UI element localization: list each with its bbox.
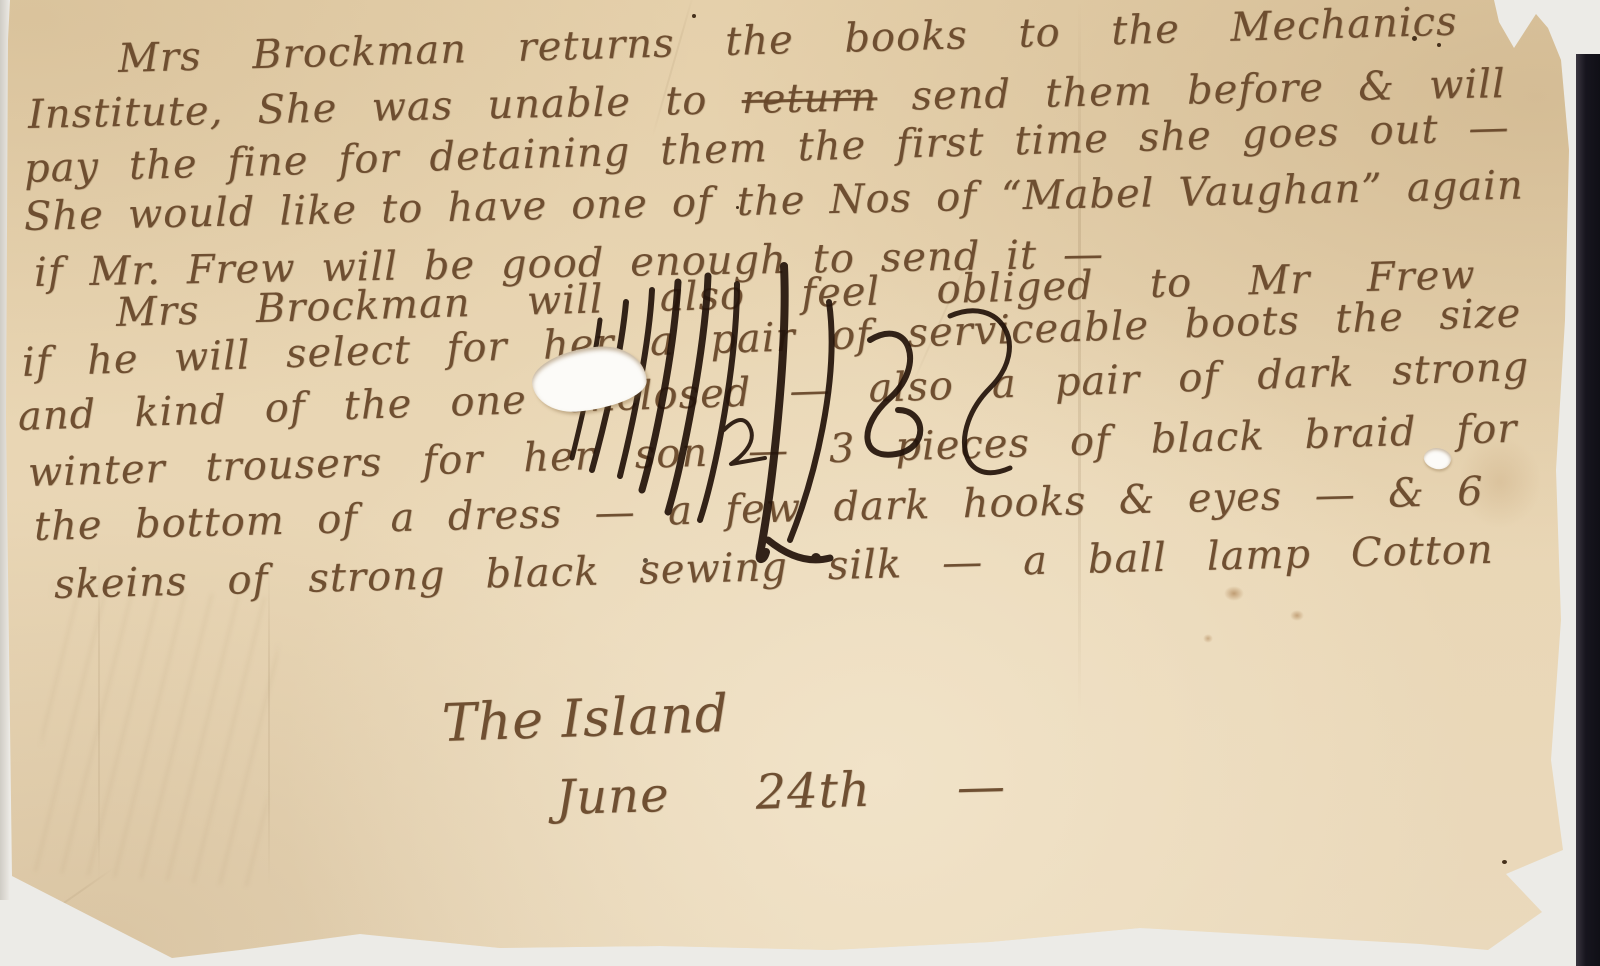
- foxing-stain: [1224, 586, 1244, 601]
- foxing-stain: [1290, 610, 1304, 621]
- scanned-letter: Mrs Brockman returns the books to the Me…: [0, 0, 1600, 966]
- corner-crease: [7, 867, 115, 943]
- foxing-stain: [1203, 634, 1213, 643]
- ink-show-through: [32, 582, 282, 887]
- ink-docket-annotation: [528, 258, 1073, 570]
- ink-speck: [692, 14, 696, 18]
- struck-out-word: return: [741, 74, 877, 123]
- closing-place: The Island: [441, 684, 730, 754]
- closing-date: June 24th —: [555, 758, 1006, 826]
- letter-paper: Mrs Brockman returns the books to the Me…: [0, 0, 1600, 966]
- ink-speck: [1502, 860, 1507, 864]
- scanner-edge-strip: [1576, 54, 1600, 966]
